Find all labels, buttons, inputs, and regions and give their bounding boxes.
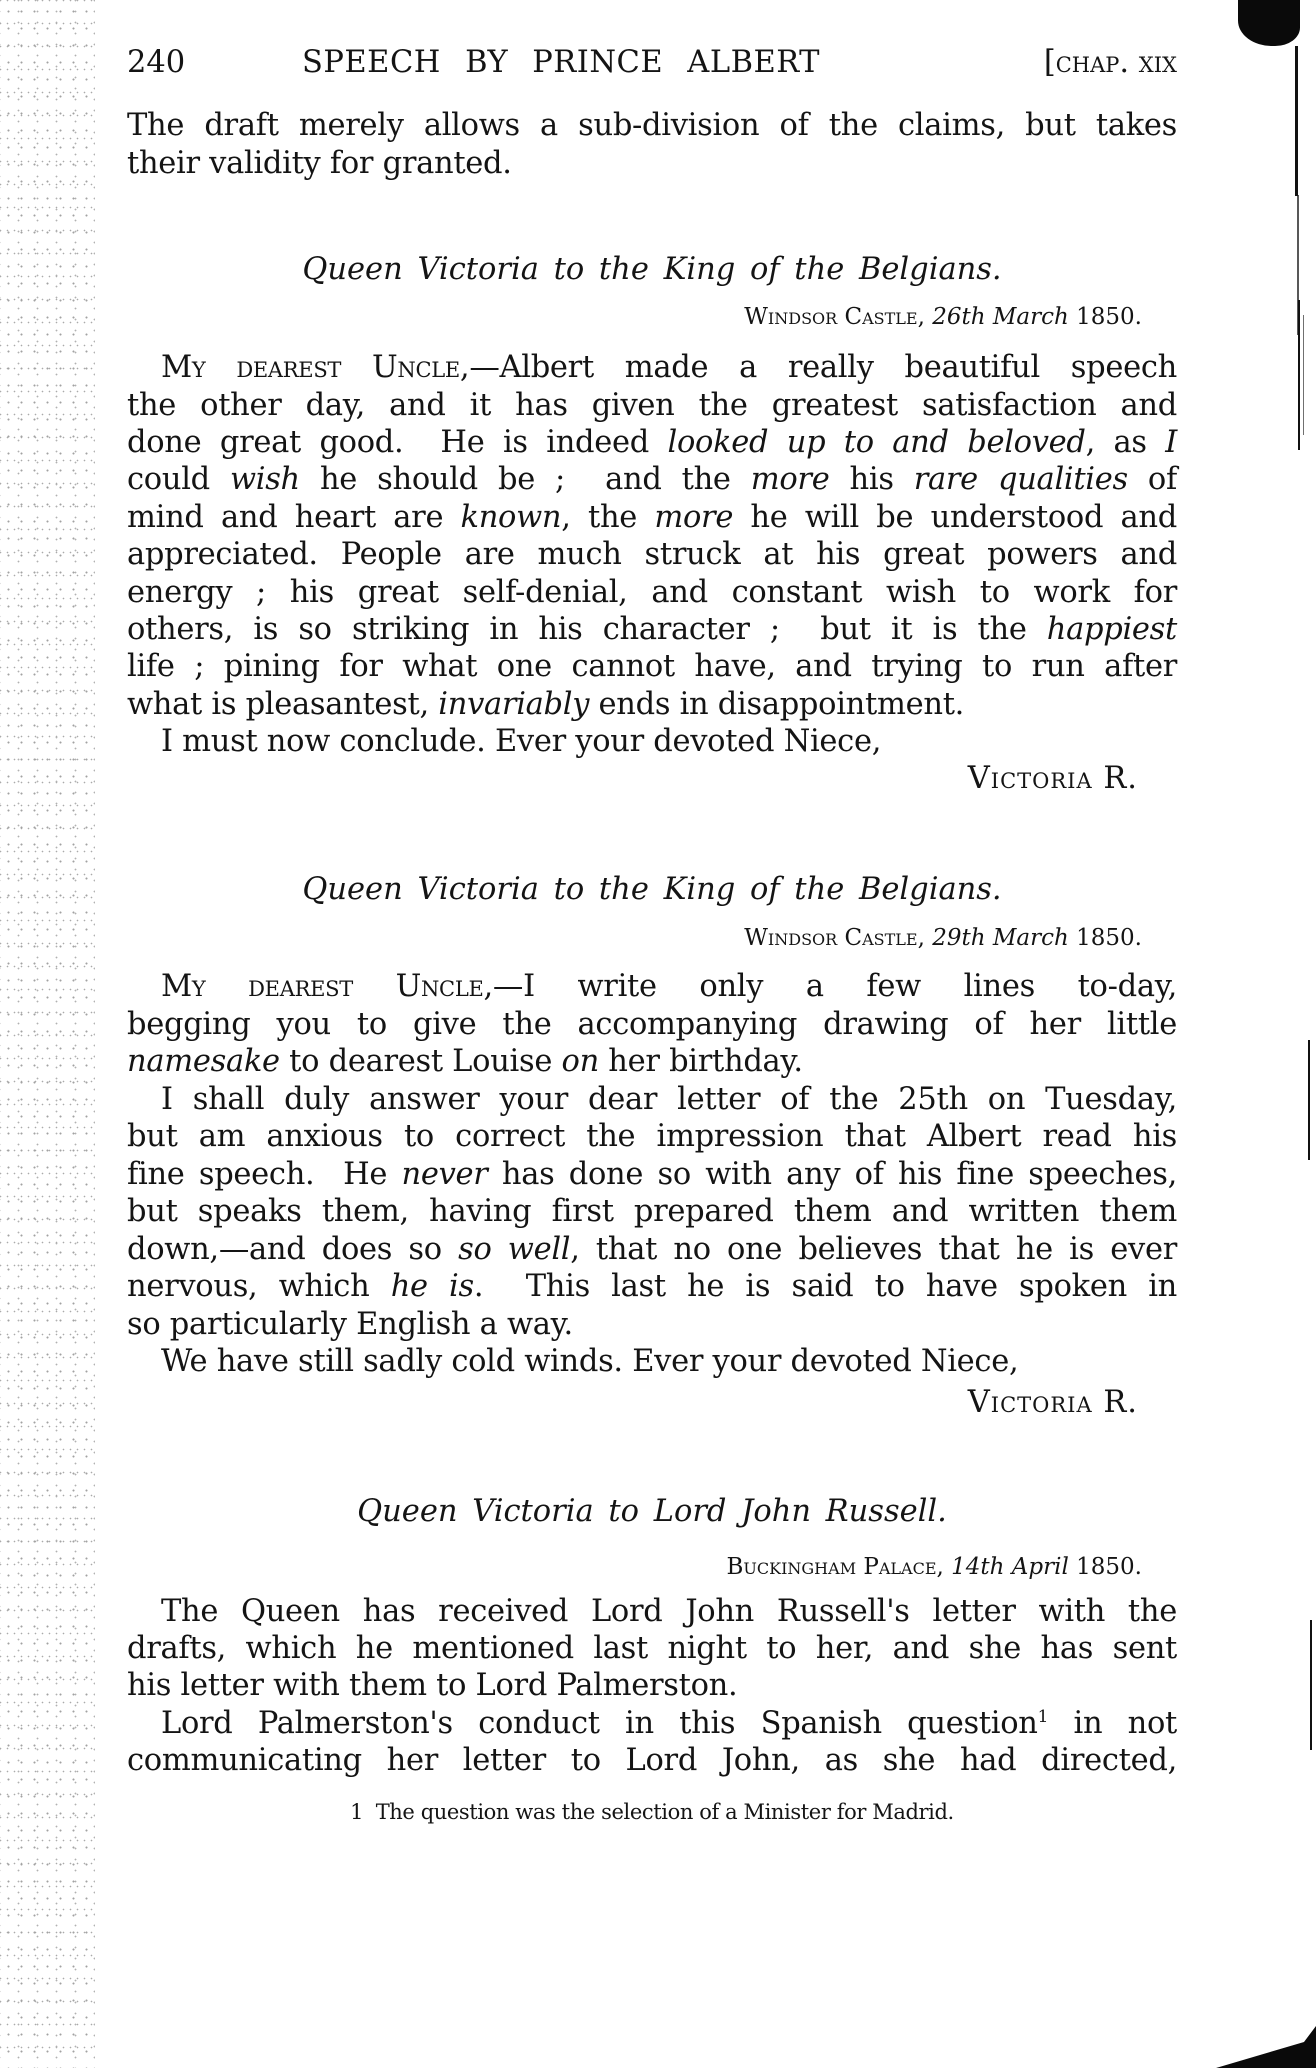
signature: Victoria R. — [968, 1384, 1138, 1422]
body-line: The draft merely allows a sub-division o… — [127, 107, 1177, 145]
closing-line: We have still sadly cold winds. Ever you… — [127, 1343, 1177, 1381]
body-line: but am anxious to correct the impression… — [127, 1118, 1177, 1156]
letter-heading: Queen Victoria to Lord John Russell. — [127, 1493, 1177, 1531]
letter-heading: Queen Victoria to the King of the Belgia… — [127, 251, 1177, 289]
body-line: drafts, which he mentioned last night to… — [127, 1630, 1177, 1668]
body-line: life ; pining for what one cannot have, … — [127, 648, 1177, 686]
running-title: SPEECH BY PRINCE ALBERT — [302, 44, 820, 82]
footnote-number: 1 — [350, 1800, 363, 1824]
binding-shadow — [1238, 0, 1300, 46]
body-line: others, is so striking in his character … — [127, 611, 1177, 649]
body-line: The Queen has received Lord John Russell… — [127, 1593, 1177, 1631]
body-line: energy ; his great self-denial, and cons… — [127, 574, 1177, 612]
binding-edge-line — [1298, 300, 1300, 450]
running-header: 240 SPEECH BY PRINCE ALBERT [chap. xix — [127, 44, 1177, 82]
margin-scan-noise — [0, 0, 95, 2068]
book-page: 240 SPEECH BY PRINCE ALBERT [chap. xix T… — [0, 0, 1316, 2068]
body-line: could wish he should be ; and the more h… — [127, 461, 1177, 499]
body-line: their validity for granted. — [127, 145, 1177, 183]
footnote-text: The question was the selection of a Mini… — [376, 1800, 954, 1824]
letter-dateline: Buckingham Palace, 14th April 1850. — [727, 1552, 1143, 1582]
body-line: his letter with them to Lord Palmerston. — [127, 1667, 1177, 1705]
letter-dateline: Windsor Castle, 29th March 1850. — [744, 923, 1142, 953]
body-line: so particularly English a way. — [127, 1306, 1177, 1344]
letter-heading: Queen Victoria to the King of the Belgia… — [127, 871, 1177, 909]
body-line: fine speech. He never has done so with a… — [127, 1156, 1177, 1194]
body-line: but speaks them, having first prepared t… — [127, 1193, 1177, 1231]
body-line: mind and heart are known, the more he wi… — [127, 499, 1177, 537]
binding-edge-line — [1295, 46, 1298, 196]
binding-edge-line — [1308, 1040, 1310, 1160]
binding-edge-line — [1310, 1620, 1312, 1750]
page-corner-shadow — [1216, 2026, 1316, 2068]
body-line: done great good. He is indeed looked up … — [127, 424, 1177, 462]
body-line: I shall duly answer your dear letter of … — [127, 1081, 1177, 1119]
letter-dateline: Windsor Castle, 26th March 1850. — [744, 302, 1142, 332]
body-line: the other day, and it has given the grea… — [127, 387, 1177, 425]
body-line: nervous, which he is. This last he is sa… — [127, 1268, 1177, 1306]
body-line: appreciated. People are much struck at h… — [127, 536, 1177, 574]
page-number: 240 — [127, 44, 185, 82]
footnote: 1 The question was the selection of a Mi… — [127, 1798, 1177, 1826]
body-line: Lord Palmerston's conduct in this Spanis… — [127, 1705, 1177, 1743]
salutation-line: My dearest Uncle,—Albert made a really b… — [127, 349, 1177, 387]
body-line: communicating her letter to Lord John, a… — [127, 1742, 1177, 1780]
binding-edge-line — [1303, 315, 1304, 435]
salutation-line: My dearest Uncle,—I write only a few lin… — [127, 968, 1177, 1006]
body-line: what is pleasantest, invariably ends in … — [127, 686, 1177, 724]
body-line: down,—and does so so well, that no one b… — [127, 1231, 1177, 1269]
body-line: begging you to give the accompanying dra… — [127, 1006, 1177, 1044]
body-line: namesake to dearest Louise on her birthd… — [127, 1043, 1177, 1081]
closing-line: I must now conclude. Ever your devoted N… — [127, 723, 1177, 761]
footnote-reference[interactable]: 1 — [1038, 1707, 1049, 1727]
chapter-label: [chap. xix — [1044, 44, 1177, 82]
signature: Victoria R. — [968, 760, 1138, 798]
